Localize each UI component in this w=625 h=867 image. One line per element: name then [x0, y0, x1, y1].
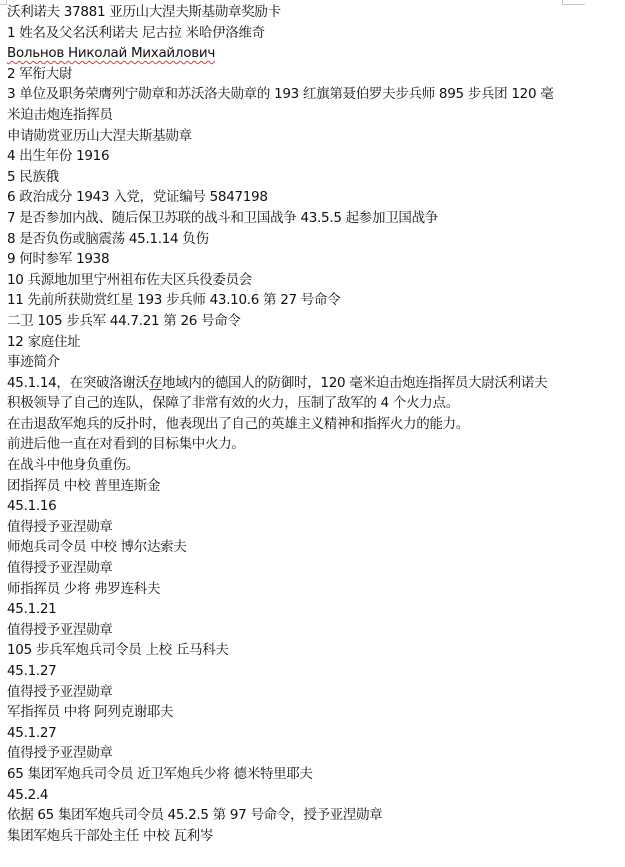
field-war-participation: 7 是否参加内战、随后保卫苏联的战斗和卫国战争 43.5.5 起参加卫国战争 — [7, 208, 619, 229]
field-wounds: 8 是否负伤或脑震荡 45.1.14 负伤 — [7, 229, 619, 250]
spellcheck-marked-char: 存 — [149, 375, 162, 391]
date-3: 45.1.27 — [7, 661, 619, 682]
award-order: 依据 65 集团军炮兵司令员 45.2.5 第 97 号命令，授予亚涅勋章 — [7, 805, 619, 826]
endorsement-4: 值得授予亚涅勋章 — [7, 682, 619, 703]
award-request: 申请勋赏亚历山大涅夫斯基勋章 — [7, 126, 619, 147]
signer-army-artillery: 65 集团军炮兵司令员 近卫军炮兵少将 德米特里耶夫 — [7, 764, 619, 785]
summary-line-1: 45.1.14，在突破洛谢沃存地域内的德国人的防御时，120 毫米迫击炮连指挥员… — [7, 373, 619, 394]
document-title: 沃利诺夫 37881 亚历山大涅夫斯基勋章奖励卡 — [7, 2, 619, 23]
document-page[interactable]: 沃利诺夫 37881 亚历山大涅夫斯基勋章奖励卡 1 姓名及父名沃利诺夫 尼古拉… — [7, 2, 619, 846]
summary-line-2: 积极领导了自己的连队，保障了非常有效的火力，压制了敌军的 4 个火力点。 — [7, 393, 619, 414]
field-party: 6 政治成分 1943 入党，党证编号 5847198 — [7, 187, 619, 208]
signer-corps-artillery: 105 步兵军炮兵司令员 上校 丘马科夫 — [7, 640, 619, 661]
section-summary-heading: 事迹简介 — [7, 352, 619, 373]
russian-name-text: Вольнов Николай Михайлович — [7, 45, 215, 61]
endorsement-2: 值得授予亚涅勋章 — [7, 558, 619, 579]
signer-army-personnel: 集团军炮兵干部处主任 中校 瓦利岑 — [7, 826, 619, 847]
summary-line-4: 前进后他一直在对看到的目标集中火力。 — [7, 434, 619, 455]
field-home-address: 12 家庭住址 — [7, 332, 619, 353]
field-unit-line1: 3 单位及职务荣膺列宁勋章和苏沃洛夫勋章的 193 红旗第聂伯罗夫步兵师 895… — [7, 84, 619, 105]
date-5: 45.2.4 — [7, 785, 619, 806]
date-1: 45.1.16 — [7, 496, 619, 517]
signer-division-commander: 师指挥员 少将 弗罗连科夫 — [7, 579, 619, 600]
field-enlistment: 9 何时参军 1938 — [7, 249, 619, 270]
endorsement-1: 值得授予亚涅勋章 — [7, 517, 619, 538]
summary-line-5: 在战斗中他身负重伤。 — [7, 455, 619, 476]
endorsement-5: 值得授予亚涅勋章 — [7, 743, 619, 764]
field-rank: 2 军衔大尉 — [7, 64, 619, 85]
field-previous-awards-cont: 二卫 105 步兵军 44.7.21 第 26 号命令 — [7, 311, 619, 332]
field-unit-line2: 米迫击炮连指挥员 — [7, 105, 619, 126]
field-birth-year: 4 出生年份 1916 — [7, 146, 619, 167]
date-4: 45.1.27 — [7, 723, 619, 744]
date-2: 45.1.21 — [7, 599, 619, 620]
endorsement-3: 值得授予亚涅勋章 — [7, 620, 619, 641]
page-crop-mark-top-left — [0, 0, 7, 5]
field-nationality: 5 民族俄 — [7, 167, 619, 188]
signer-corps-commander: 军指挥员 中将 阿列克谢耶夫 — [7, 702, 619, 723]
signer-division-artillery: 师炮兵司令员 中校 博尔达索夫 — [7, 537, 619, 558]
field-previous-awards: 11 先前所获勋赏红星 193 步兵师 43.10.6 第 27 号命令 — [7, 290, 619, 311]
field-name: 1 姓名及父名沃利诺夫 尼古拉 米哈伊洛维奇 — [7, 23, 619, 44]
signer-regiment-commander: 团指挥员 中校 普里连斯金 — [7, 476, 619, 497]
summary-line-3: 在击退敌军炮兵的反扑时，他表现出了自己的英雄主义精神和指挥火力的能力。 — [7, 414, 619, 435]
field-recruitment-office: 10 兵源地加里宁州祖布佐夫区兵役委员会 — [7, 270, 619, 291]
field-name-russian: Вольнов Николай Михайлович — [7, 43, 619, 64]
